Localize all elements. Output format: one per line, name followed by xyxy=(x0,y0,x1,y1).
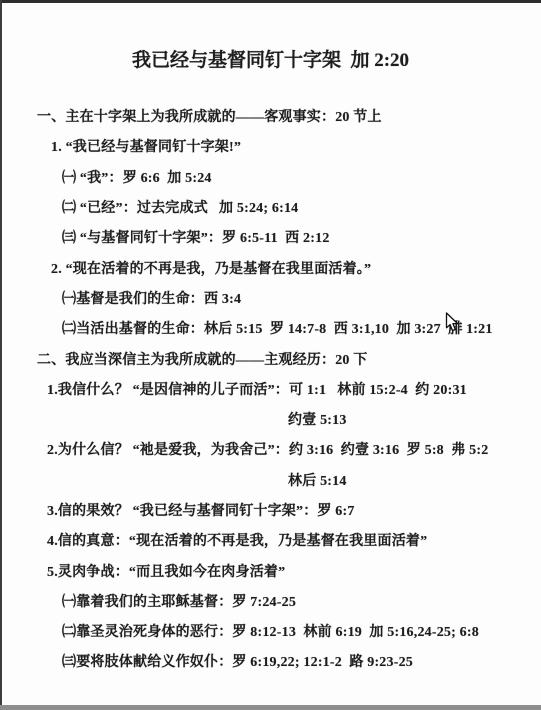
frame-left-edge xyxy=(0,0,2,705)
outline-subitem-1-2-b: ㈡当活出基督的生命：林后 5:15 罗 14:7-8 西 3:1,10 加 3:… xyxy=(0,313,541,343)
document-title-text: 我已经与基督同钉十字架 加 2:20 xyxy=(132,50,409,71)
outline-subitem-1-1-a: ㈠ “我”：罗 6:6 加 5:24 xyxy=(0,162,541,192)
outline-subitem-2-5-b: ㈡靠圣灵治死身体的恶行：罗 8:12-13 林前 6:19 加 5:16,24-… xyxy=(0,616,541,646)
outline-subitem-2-5-c: ㈢要将肢体献给义作奴仆：罗 6:19,22; 12:1-2 路 9:23-25 xyxy=(0,646,541,676)
frame-bottom-edge xyxy=(0,705,541,710)
outline-subitem-1-1-b: ㈡ “已经”：过去完成式 加 5:24; 6:14 xyxy=(0,192,541,222)
outline-subitem-1-1-c: ㈢ “与基督同钉十字架”：罗 6:5-11 西 2:12 xyxy=(0,222,541,252)
outline-item-2-1-continued: 约壹 5:13 xyxy=(0,404,541,434)
document-page: 我已经与基督同钉十字架 加 2:20 一、主在十字架上为我所成就的——客观事实：… xyxy=(0,0,541,710)
outline-item-1-1: 1. “我已经与基督同钉十字架!” xyxy=(0,131,541,161)
outline-subitem-1-2-a: ㈠基督是我们的生命：西 3:4 xyxy=(0,283,541,313)
section-2-heading: 二、我应当深信主为我所成就的——主观经历：20 下 xyxy=(0,343,541,373)
outline-item-2-5: 5.灵肉争战：“而且我如今在肉身活着” xyxy=(0,555,541,585)
outline-item-1-2: 2. “现在活着的不再是我，乃是基督在我里面活着。” xyxy=(0,252,541,282)
outline-item-2-1: 1.我信什么？ “是因信神的儿子而活”：可 1:1 林前 15:2-4 约 20… xyxy=(0,374,541,404)
outline-item-2-3: 3.信的果效？ “我已经与基督同钉十字架”：罗 6:7 xyxy=(0,495,541,525)
outline: 一、主在十字架上为我所成就的——客观事实：20 节上 1. “我已经与基督同钉十… xyxy=(0,101,541,677)
outline-subitem-2-5-a: ㈠靠着我们的主耶稣基督：罗 7:24-25 xyxy=(0,586,541,616)
document-title: 我已经与基督同钉十字架 加 2:20 xyxy=(0,0,541,76)
mouse-cursor-icon xyxy=(445,312,459,333)
outline-item-2-2-continued: 林后 5:14 xyxy=(0,465,541,495)
outline-item-2-2: 2.为什么信？ “祂是爱我，为我舍己”：约 3:16 约壹 3:16 罗 5:8… xyxy=(0,434,541,464)
outline-item-2-4: 4.信的真意：“现在活着的不再是我，乃是基督在我里面活着” xyxy=(0,525,541,555)
section-1-heading: 一、主在十字架上为我所成就的——客观事实：20 节上 xyxy=(0,101,541,131)
frame-top-edge xyxy=(0,0,541,3)
